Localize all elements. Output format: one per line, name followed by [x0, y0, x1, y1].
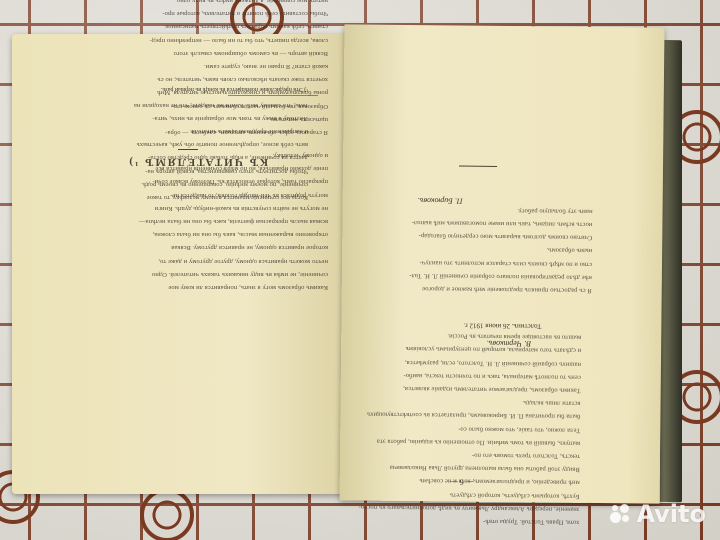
right-page: Я съ радостью принялъ предложеніе мнѣ ва… — [340, 24, 665, 503]
page-number: — 6 — — [450, 477, 474, 486]
avito-wordmark: Avito — [636, 500, 706, 528]
footnote: ¹) Эта предисловие помѣщается въ концѣ в… — [161, 86, 308, 92]
divider-rule — [459, 166, 497, 167]
open-book: КЪ ЧИТАТЕЛЯМЪ ¹) Я стараюсь здѣсь объясн… — [12, 26, 680, 512]
avito-watermark: Avito — [610, 500, 706, 528]
left-page: КЪ ЧИТАТЕЛЯМЪ ¹) Я стараюсь здѣсь объясн… — [12, 34, 348, 494]
signature-biryukov: П. Бирюковъ. — [418, 196, 463, 205]
right-page-preface-text: хотя, Правъ Толстой. Труды отвѣ- значені… — [349, 328, 581, 528]
left-page-text-top: Когда все сочиненіе нравится одному чело… — [58, 98, 308, 204]
right-page-acknowledgement: Я съ радостью принялъ предложеніе мнѣ ва… — [352, 202, 593, 297]
avito-logo-icon — [610, 504, 632, 524]
footnote-rule — [228, 95, 318, 96]
